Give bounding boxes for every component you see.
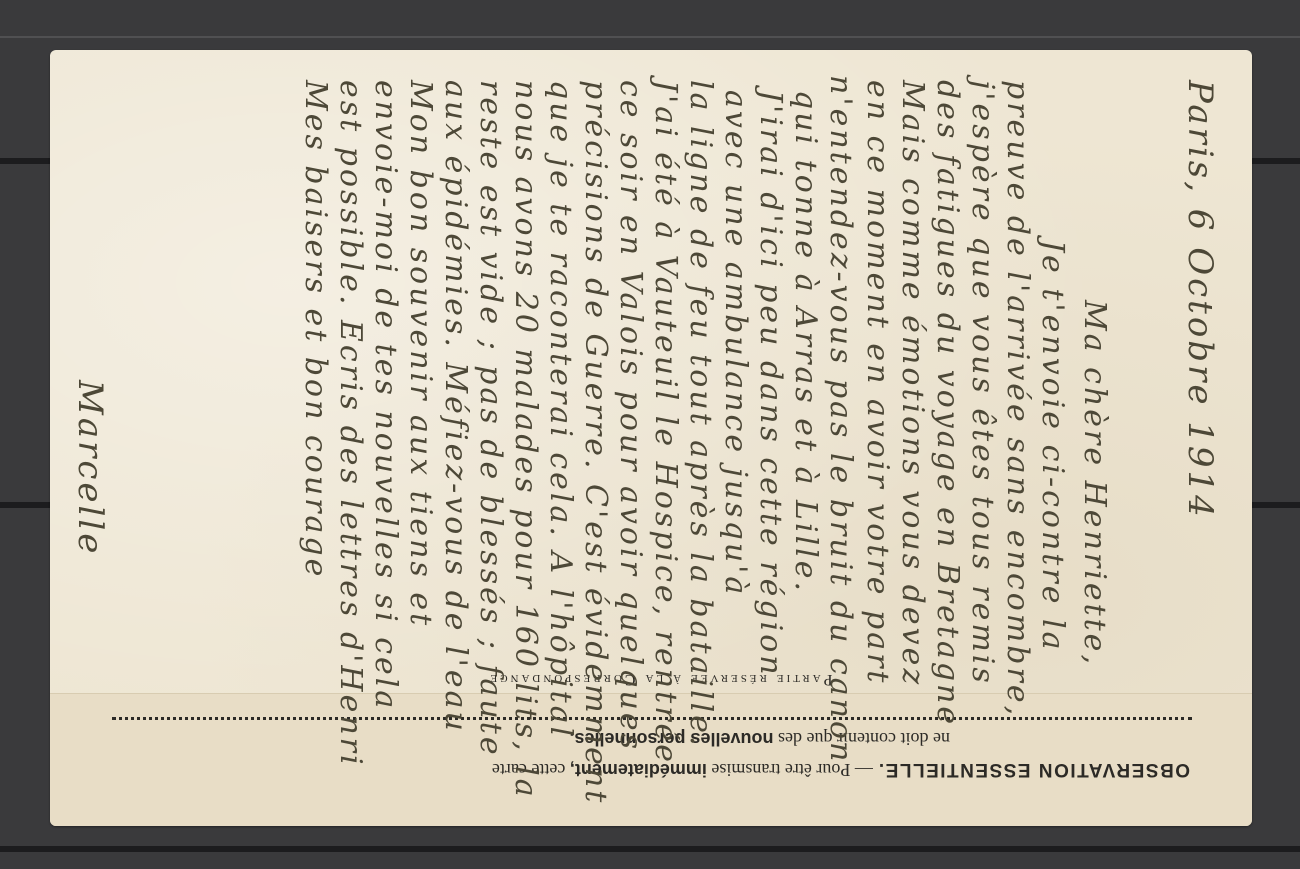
handwritten-line: avec une ambulance jusqu'à bbox=[718, 90, 753, 597]
handwritten-line: J'ai été à Vauteuil le Hospice, rentrée bbox=[648, 80, 683, 765]
handwritten-line: que je te raconterai cela. A l'hôpital bbox=[543, 80, 578, 739]
handwritten-line: Je t'envoie ci-contre la bbox=[1035, 240, 1070, 652]
handwritten-line: j'espère que vous êtes tous remis bbox=[965, 80, 1000, 686]
handwritten-line: en ce moment en avoir votre part bbox=[860, 80, 895, 686]
handwritten-line: précisions de Guerre. C'est évidemment bbox=[578, 80, 613, 805]
handwritten-line: reste est vide ; pas de blessés ; faute bbox=[473, 80, 508, 758]
notice-observation-title: OBSERVATION ESSENTIELLE. bbox=[877, 759, 1190, 780]
handwritten-line: des fatigues du voyage en Bretagne bbox=[930, 80, 965, 727]
handwritten-line: ce soir en Valois pour avoir quelques bbox=[613, 80, 648, 752]
handwritten-line: Mais comme émotions vous devez bbox=[895, 80, 930, 687]
handwritten-place-date: Paris, 6 Octobre 1914 bbox=[1180, 80, 1220, 520]
notice-line2-plain: ne doit contenir que des bbox=[774, 729, 950, 749]
album-stripe bbox=[0, 846, 1300, 852]
handwritten-line: J'irai d'ici peu dans cette région bbox=[753, 90, 788, 678]
handwritten-line: Mon bon souvenir aux tiens et bbox=[403, 80, 438, 628]
postcard: Partie réservée à la Correspondance ne d… bbox=[50, 50, 1252, 826]
handwritten-line: nous avons 20 malades pour 160 lits, la bbox=[508, 80, 543, 800]
album-stripe bbox=[0, 36, 1300, 38]
handwritten-line: Mes baisers et bon courage bbox=[298, 80, 333, 579]
handwritten-line: qui tonne à Arras et à Lille. bbox=[788, 90, 823, 594]
handwritten-salutation: Ma chère Henriette, bbox=[1077, 300, 1112, 667]
handwritten-line: n'entendez-vous pas le bruit du canon bbox=[823, 75, 858, 764]
handwritten-line: aux épidémies. Méfiez-vous de l'eau bbox=[438, 80, 473, 734]
handwritten-line: preuve de l'arrivée sans encombre, bbox=[1000, 80, 1035, 718]
handwritten-line: la ligne de feu tout après la bataille. bbox=[683, 80, 718, 749]
handwritten-line: est possible. Ecris des lettres d'Henri bbox=[333, 80, 368, 768]
handwritten-signature: Marcelle bbox=[70, 380, 110, 556]
handwritten-line: envoie-moi de tes nouvelles si cela bbox=[368, 80, 403, 711]
